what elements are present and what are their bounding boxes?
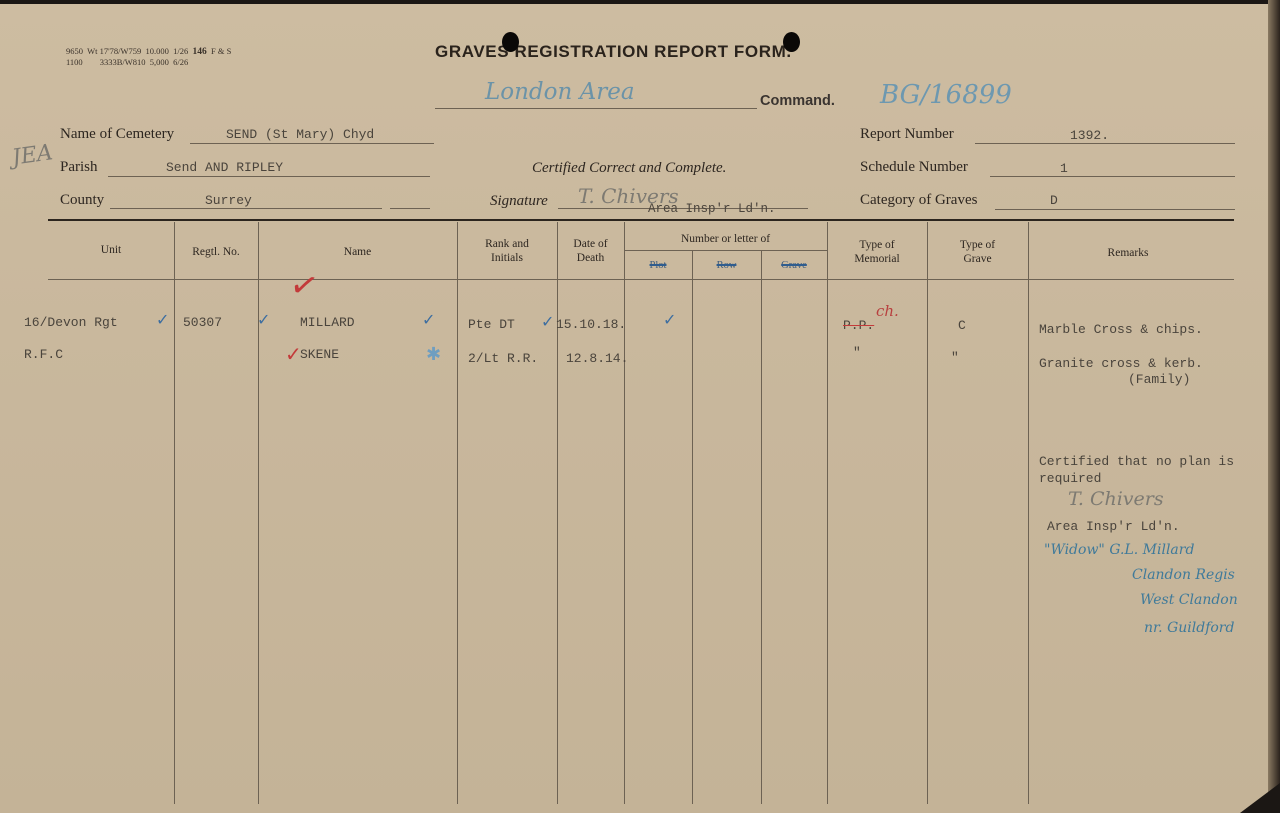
print-code-text: Wt 17'78/W759 — [87, 46, 141, 56]
scan-edge-right — [1268, 0, 1280, 813]
parish-label: Parish — [60, 159, 98, 176]
print-code-text: 3333B/W810 — [100, 57, 146, 67]
punch-hole — [502, 32, 519, 52]
column-divider — [761, 251, 762, 804]
blue-check-icon: ✓ — [663, 310, 676, 329]
reference-number: BG/16899 — [880, 80, 1012, 110]
print-code-text: 1100 — [66, 57, 83, 67]
header-rank: Rank and Initials — [457, 237, 557, 265]
remarks-signature: T. Chivers — [1068, 488, 1164, 510]
cell-date: 15.10.18. — [556, 317, 626, 332]
blue-check-icon: ✓ — [156, 310, 169, 329]
blue-check-icon: ✓ — [541, 312, 554, 331]
print-code-text: 5,000 — [150, 57, 169, 67]
column-divider — [557, 222, 558, 804]
print-code: 9650 Wt 17'78/W759 10.000 1/26 146 F & S… — [66, 46, 231, 67]
header-bottom-rule — [48, 279, 1234, 280]
county-underline — [110, 208, 382, 209]
next-of-kin-line: "Widow" G.L. Millard — [1044, 542, 1194, 558]
print-code-text: F & S — [211, 46, 231, 56]
certified-text: Certified Correct and Complete. — [532, 160, 726, 177]
county-label: County — [60, 192, 104, 209]
print-code-text: 9650 — [66, 46, 83, 56]
print-code-text: 10.000 — [146, 46, 169, 56]
header-regtl-no: Regtl. No. — [174, 245, 258, 259]
header-grave-type-line1: Type of — [960, 239, 995, 251]
schedule-number-underline — [990, 176, 1235, 177]
county-underline-2 — [390, 208, 430, 209]
cemetery-label: Name of Cemetery — [60, 126, 174, 143]
cell-grave-type: " — [951, 350, 959, 365]
form-paper — [0, 3, 1268, 813]
schedule-number-value: 1 — [1060, 161, 1068, 176]
print-code-text: 1/26 — [173, 46, 188, 56]
report-number-underline — [975, 143, 1235, 144]
header-row: Row — [692, 259, 761, 273]
blue-check-icon: ✓ — [422, 310, 435, 329]
header-unit: Unit — [48, 243, 174, 257]
header-date-line2: Death — [577, 252, 604, 264]
scan-edge-top — [0, 0, 1280, 4]
cell-regtl-no: 50307 — [183, 315, 222, 330]
next-of-kin-line: West Clandon — [1140, 592, 1238, 608]
category-label: Category of Graves — [860, 192, 977, 209]
header-memorial-line1: Type of — [859, 239, 894, 251]
header-grave: Grave — [761, 259, 827, 273]
parish-value: Send AND RIPLEY — [166, 160, 283, 175]
cell-remarks: Marble Cross & chips. — [1039, 322, 1203, 337]
command-underline — [435, 108, 757, 109]
category-value: D — [1050, 193, 1058, 208]
column-divider — [624, 222, 625, 804]
memorial-correction: ch. — [876, 302, 899, 320]
header-plot: Plot — [624, 259, 692, 273]
cell-memorial: " — [853, 345, 861, 360]
column-divider — [692, 251, 693, 804]
header-date: Date of Death — [557, 237, 624, 265]
schedule-number-label: Schedule Number — [860, 159, 968, 176]
cell-grave-type: C — [958, 318, 966, 333]
cemetery-underline — [190, 143, 434, 144]
cell-memorial: P.P. — [843, 318, 874, 333]
cell-unit: R.F.C — [24, 347, 63, 362]
county-value: Surrey — [205, 193, 252, 208]
header-grave-type-line2: Grave — [963, 253, 991, 265]
cell-rank: Pte DT — [468, 317, 515, 332]
header-date-line1: Date of — [573, 238, 607, 250]
report-number-value: 1392. — [1070, 128, 1109, 143]
column-divider — [174, 222, 175, 804]
command-label: Command. — [760, 93, 835, 109]
signature-label: Signature — [490, 193, 548, 210]
cell-remarks: Granite cross & kerb. — [1039, 356, 1203, 371]
punch-hole — [783, 32, 800, 52]
header-grave-type: Type of Grave — [927, 238, 1028, 266]
number-group-rule — [624, 250, 827, 251]
category-underline — [995, 209, 1235, 210]
table-top-rule — [48, 219, 1234, 221]
command-value: London Area — [485, 79, 635, 105]
asterisk-icon: ✱ — [426, 344, 441, 365]
plan-certification-line2: required — [1039, 471, 1101, 486]
header-remarks: Remarks — [1028, 246, 1228, 260]
column-divider — [827, 222, 828, 804]
cemetery-value: SEND (St Mary) Chyd — [226, 127, 374, 142]
header-name: Name — [258, 245, 457, 259]
remarks-signatory-title: Area Insp'r Ld'n. — [1047, 519, 1180, 534]
report-number-label: Report Number — [860, 126, 954, 143]
column-divider — [457, 222, 458, 804]
torn-corner — [1240, 783, 1280, 813]
next-of-kin-line: nr. Guildford — [1144, 620, 1234, 636]
cell-remarks-line2: (Family) — [1128, 372, 1190, 387]
header-memorial-line2: Memorial — [854, 253, 899, 265]
plan-certification-line1: Certified that no plan is — [1039, 454, 1234, 469]
parish-underline — [108, 176, 430, 177]
header-number-group: Number or letter of — [624, 232, 827, 246]
next-of-kin-line: Clandon Regis — [1132, 567, 1235, 583]
header-rank-line1: Rank and — [485, 238, 529, 250]
cell-date: 12.8.14. — [566, 351, 628, 366]
blue-check-icon: ✓ — [257, 310, 270, 329]
header-memorial: Type of Memorial — [827, 238, 927, 266]
signatory-title: Area Insp'r Ld'n. — [648, 202, 776, 216]
cell-name: SKENE — [300, 347, 339, 362]
print-code-text: 6/26 — [173, 57, 188, 67]
cell-name: MILLARD — [300, 315, 355, 330]
header-rank-line2: Initials — [491, 252, 523, 264]
column-divider — [927, 222, 928, 804]
print-code-text: 146 — [193, 47, 207, 57]
cell-rank: 2/Lt R.R. — [468, 351, 538, 366]
column-divider — [1028, 222, 1029, 804]
cell-unit: 16/Devon Rgt — [24, 315, 118, 330]
page-title: GRAVES REGISTRATION REPORT FORM. — [435, 42, 792, 62]
